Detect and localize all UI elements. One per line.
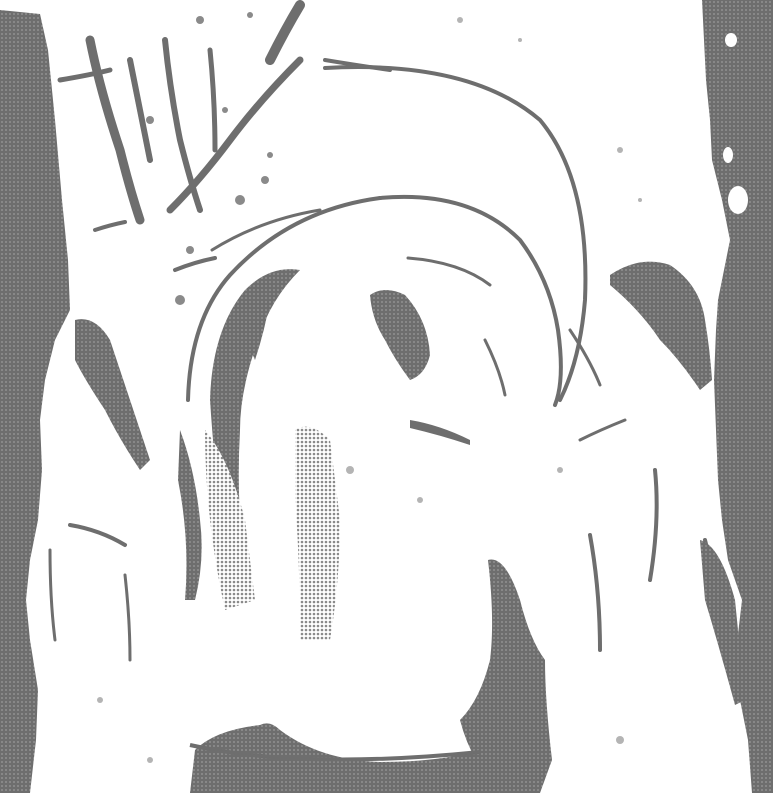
stone-highlight [728,186,748,214]
stone-highlight [725,33,737,47]
relief-image [0,0,773,793]
relief-photograph: Halftone photograph of a stone relief: a… [0,0,773,793]
stone-highlight [723,147,733,163]
